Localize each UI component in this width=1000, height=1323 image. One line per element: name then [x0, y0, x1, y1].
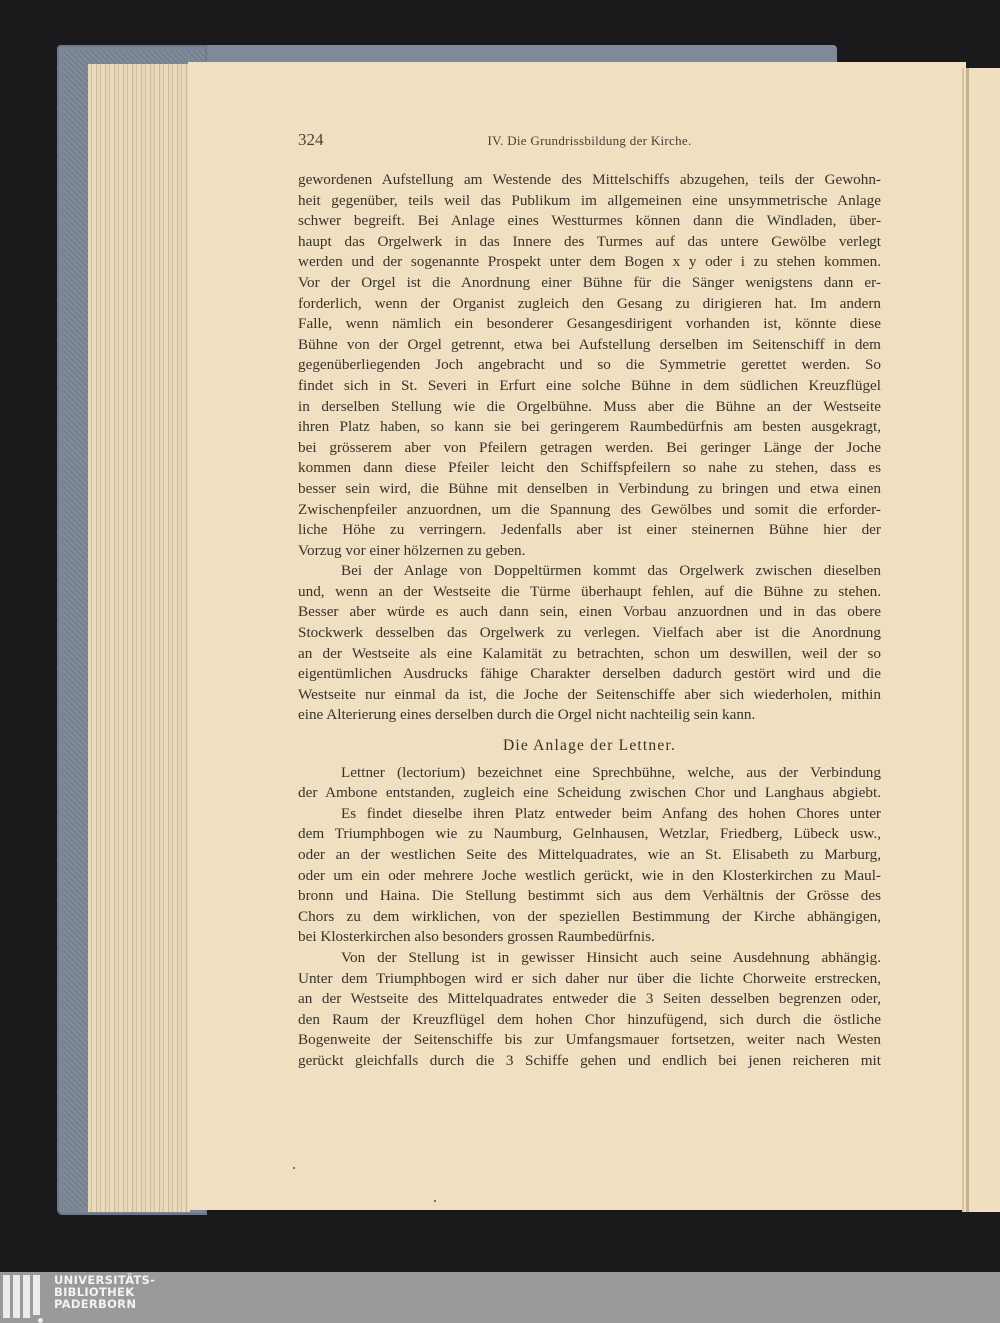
text-line: an der Westseite des Mittelquadrates ent… — [298, 989, 881, 1010]
library-logo-text: UNIVERSITÄTS- BIBLIOTHEK PADERBORN — [54, 1274, 155, 1310]
text-line: der Ambone entstanden, zugleich eine Sch… — [298, 783, 881, 804]
text-line: Besser aber würde es auch dann sein, ein… — [298, 602, 881, 623]
text-line: besser sein wird, die Bühne mit denselbe… — [298, 479, 881, 500]
body-text: gewordenen Aufstellung am Westende des M… — [298, 170, 881, 1072]
text-line: Es findet dieselbe ihren Platz entweder … — [298, 804, 881, 825]
text-line: Von der Stellung ist in gewisser Hinsich… — [298, 948, 881, 969]
page-header: 324 IV. Die Grundrissbildung der Kirche. — [298, 130, 881, 152]
text-line: forderlich, wenn der Organist zugleich d… — [298, 294, 881, 315]
running-head: IV. Die Grundrissbildung der Kirche. — [298, 133, 881, 149]
text-line: und, wenn an der Westseite die Türme übe… — [298, 582, 881, 603]
text-line: schwer begreift. Bei Anlage eines Westtu… — [298, 211, 881, 232]
text-line: bronn und Haina. Die Stellung bestimmt s… — [298, 886, 881, 907]
text-line: liche Höhe zu verringern. Jedenfalls abe… — [298, 520, 881, 541]
text-line: den Raum der Kreuzflügel dem hohen Chor … — [298, 1010, 881, 1031]
text-line: Bühne von der Orgel getrennt, etwa bei A… — [298, 335, 881, 356]
text-line: findet sich in St. Severi in Erfurt eine… — [298, 376, 881, 397]
text-line: Vor der Orgel ist die Anordnung einer Bü… — [298, 273, 881, 294]
text-line: dem Triumphbogen wie zu Naumburg, Gelnha… — [298, 824, 881, 845]
text-line: Unter dem Triumphbogen wird er sich dahe… — [298, 969, 881, 990]
text-line: an der Westseite als eine Kalamität zu b… — [298, 644, 881, 665]
text-line: Zwischenpfeiler anzuordnen, um die Spann… — [298, 500, 881, 521]
paper-speck — [293, 1167, 295, 1169]
text-line: gewordenen Aufstellung am Westende des M… — [298, 170, 881, 191]
text-line: Bei der Anlage von Doppeltürmen kommt da… — [298, 561, 881, 582]
text-line: Westseite nur einmal da ist, die Joche d… — [298, 685, 881, 706]
text-line: oder an der westlichen Seite des Mittelq… — [298, 845, 881, 866]
text-line: Stockwerk desselben das Orgelwerk zu ver… — [298, 623, 881, 644]
text-line: haupt das Orgelwerk in das Innere des Tu… — [298, 232, 881, 253]
text-line: Falle, wenn nämlich ein besonderer Gesan… — [298, 314, 881, 335]
text-line: Bogenweite der Seitenschiffe bis zur Umf… — [298, 1030, 881, 1051]
text-line: bei grösserem aber von Pfeilern getragen… — [298, 438, 881, 459]
logo-line-3: PADERBORN — [54, 1298, 155, 1310]
text-line: Lettner (lectorium) bezeichnet eine Spre… — [298, 763, 881, 784]
paper-speck — [434, 1200, 436, 1202]
text-line: Chors zu dem wirklichen, von der speziel… — [298, 907, 881, 928]
text-line: bei Klosterkirchen also besonders grosse… — [298, 927, 881, 948]
page-stack-edges — [88, 64, 190, 1212]
text-line: Vorzug vor einer hölzernen zu geben. — [298, 541, 881, 562]
text-line: in derselben Stellung wie die Orgelbühne… — [298, 397, 881, 418]
text-line: ihren Platz haben, so kann sie bei gerin… — [298, 417, 881, 438]
text-line: eigentümlichen Ausdrucks fähige Charakte… — [298, 664, 881, 685]
text-line: werden und der sogenannte Prospekt unter… — [298, 252, 881, 273]
text-line: kommen dann diese Pfeiler leicht den Sch… — [298, 458, 881, 479]
section-heading: Die Anlage der Lettner. — [298, 736, 881, 757]
text-line: gegenüberliegenden Joch angebracht und s… — [298, 355, 881, 376]
text-line: heit gegenüber, teils weil das Publikum … — [298, 191, 881, 212]
text-line: eine Alterierung eines derselben durch d… — [298, 705, 881, 726]
text-line: gerückt gleichfalls durch die 3 Schiffe … — [298, 1051, 881, 1072]
text-line: oder um ein oder mehrere Joche westlich … — [298, 866, 881, 887]
facing-page-edge — [962, 68, 1000, 1212]
